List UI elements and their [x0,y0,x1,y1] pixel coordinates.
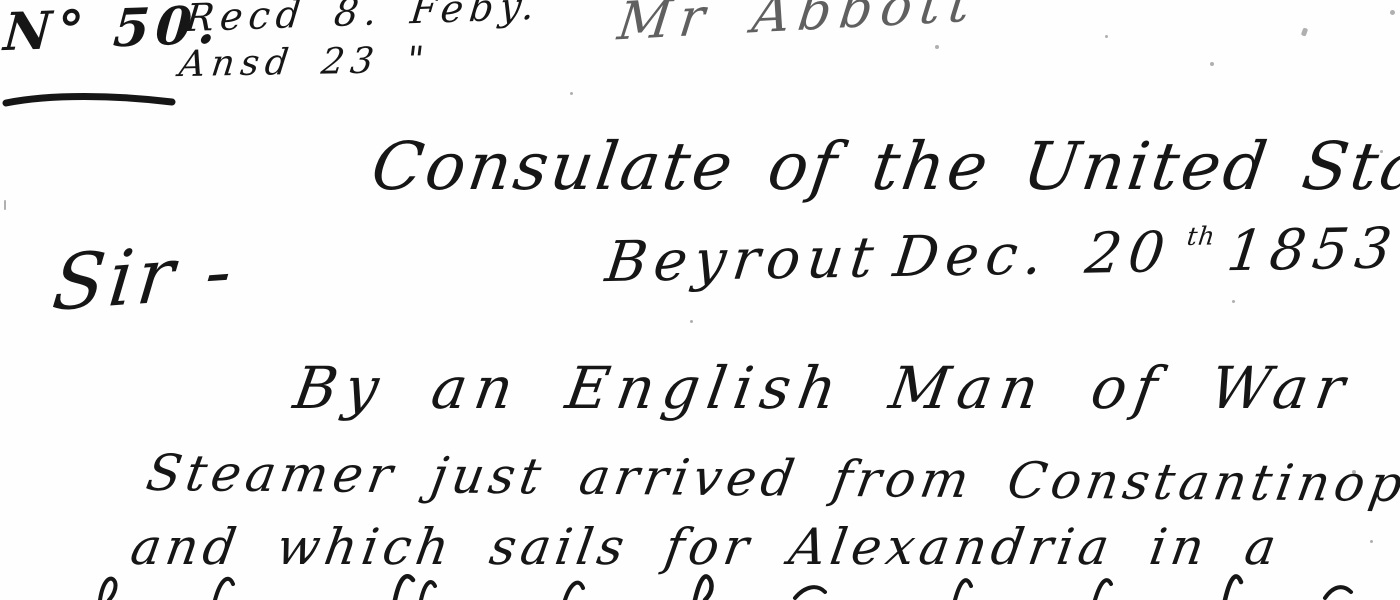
docket-underline [0,90,180,110]
addressee-pencil-note: Mr Abbott [615,0,982,52]
dateline-date: Dec. 20 [890,220,1175,290]
scanned-letter-page: N° 50. Recd 8. Feby. Ansd 23 " Mr Abbott… [0,0,1400,600]
dateline-year: 1853 [1223,216,1400,284]
dateline-place: Beyrout [602,225,884,295]
scan-speck [1210,62,1214,66]
letterhead-heading: Consulate of the United States [367,128,1400,205]
scan-speck [1352,470,1356,474]
scan-speck [1105,35,1108,38]
scan-speck [935,45,939,49]
scan-speck [1301,27,1308,36]
scan-speck [690,320,693,323]
body-line: Steamer just arrived from Constantinople [142,444,1400,513]
received-date-note: Recd 8. Feby. [183,0,542,40]
scan-speck [1370,540,1373,543]
place-dateline: BeyroutDec. 20th1853 [602,216,1400,295]
scan-speck [1390,10,1395,15]
body-line: By an English Man of War [289,354,1357,422]
body-line: and which sails for Alexandria in a [127,518,1285,576]
scan-speck [4,200,6,210]
scan-speck [570,92,573,95]
cutoff-handwriting-line [95,572,1385,600]
dateline-ordinal: th [1185,221,1217,251]
scan-speck [1232,300,1235,303]
answered-date-note: Ansd 23 " [177,40,432,85]
salutation: Sir - [49,225,241,328]
scan-speck [1380,150,1383,153]
